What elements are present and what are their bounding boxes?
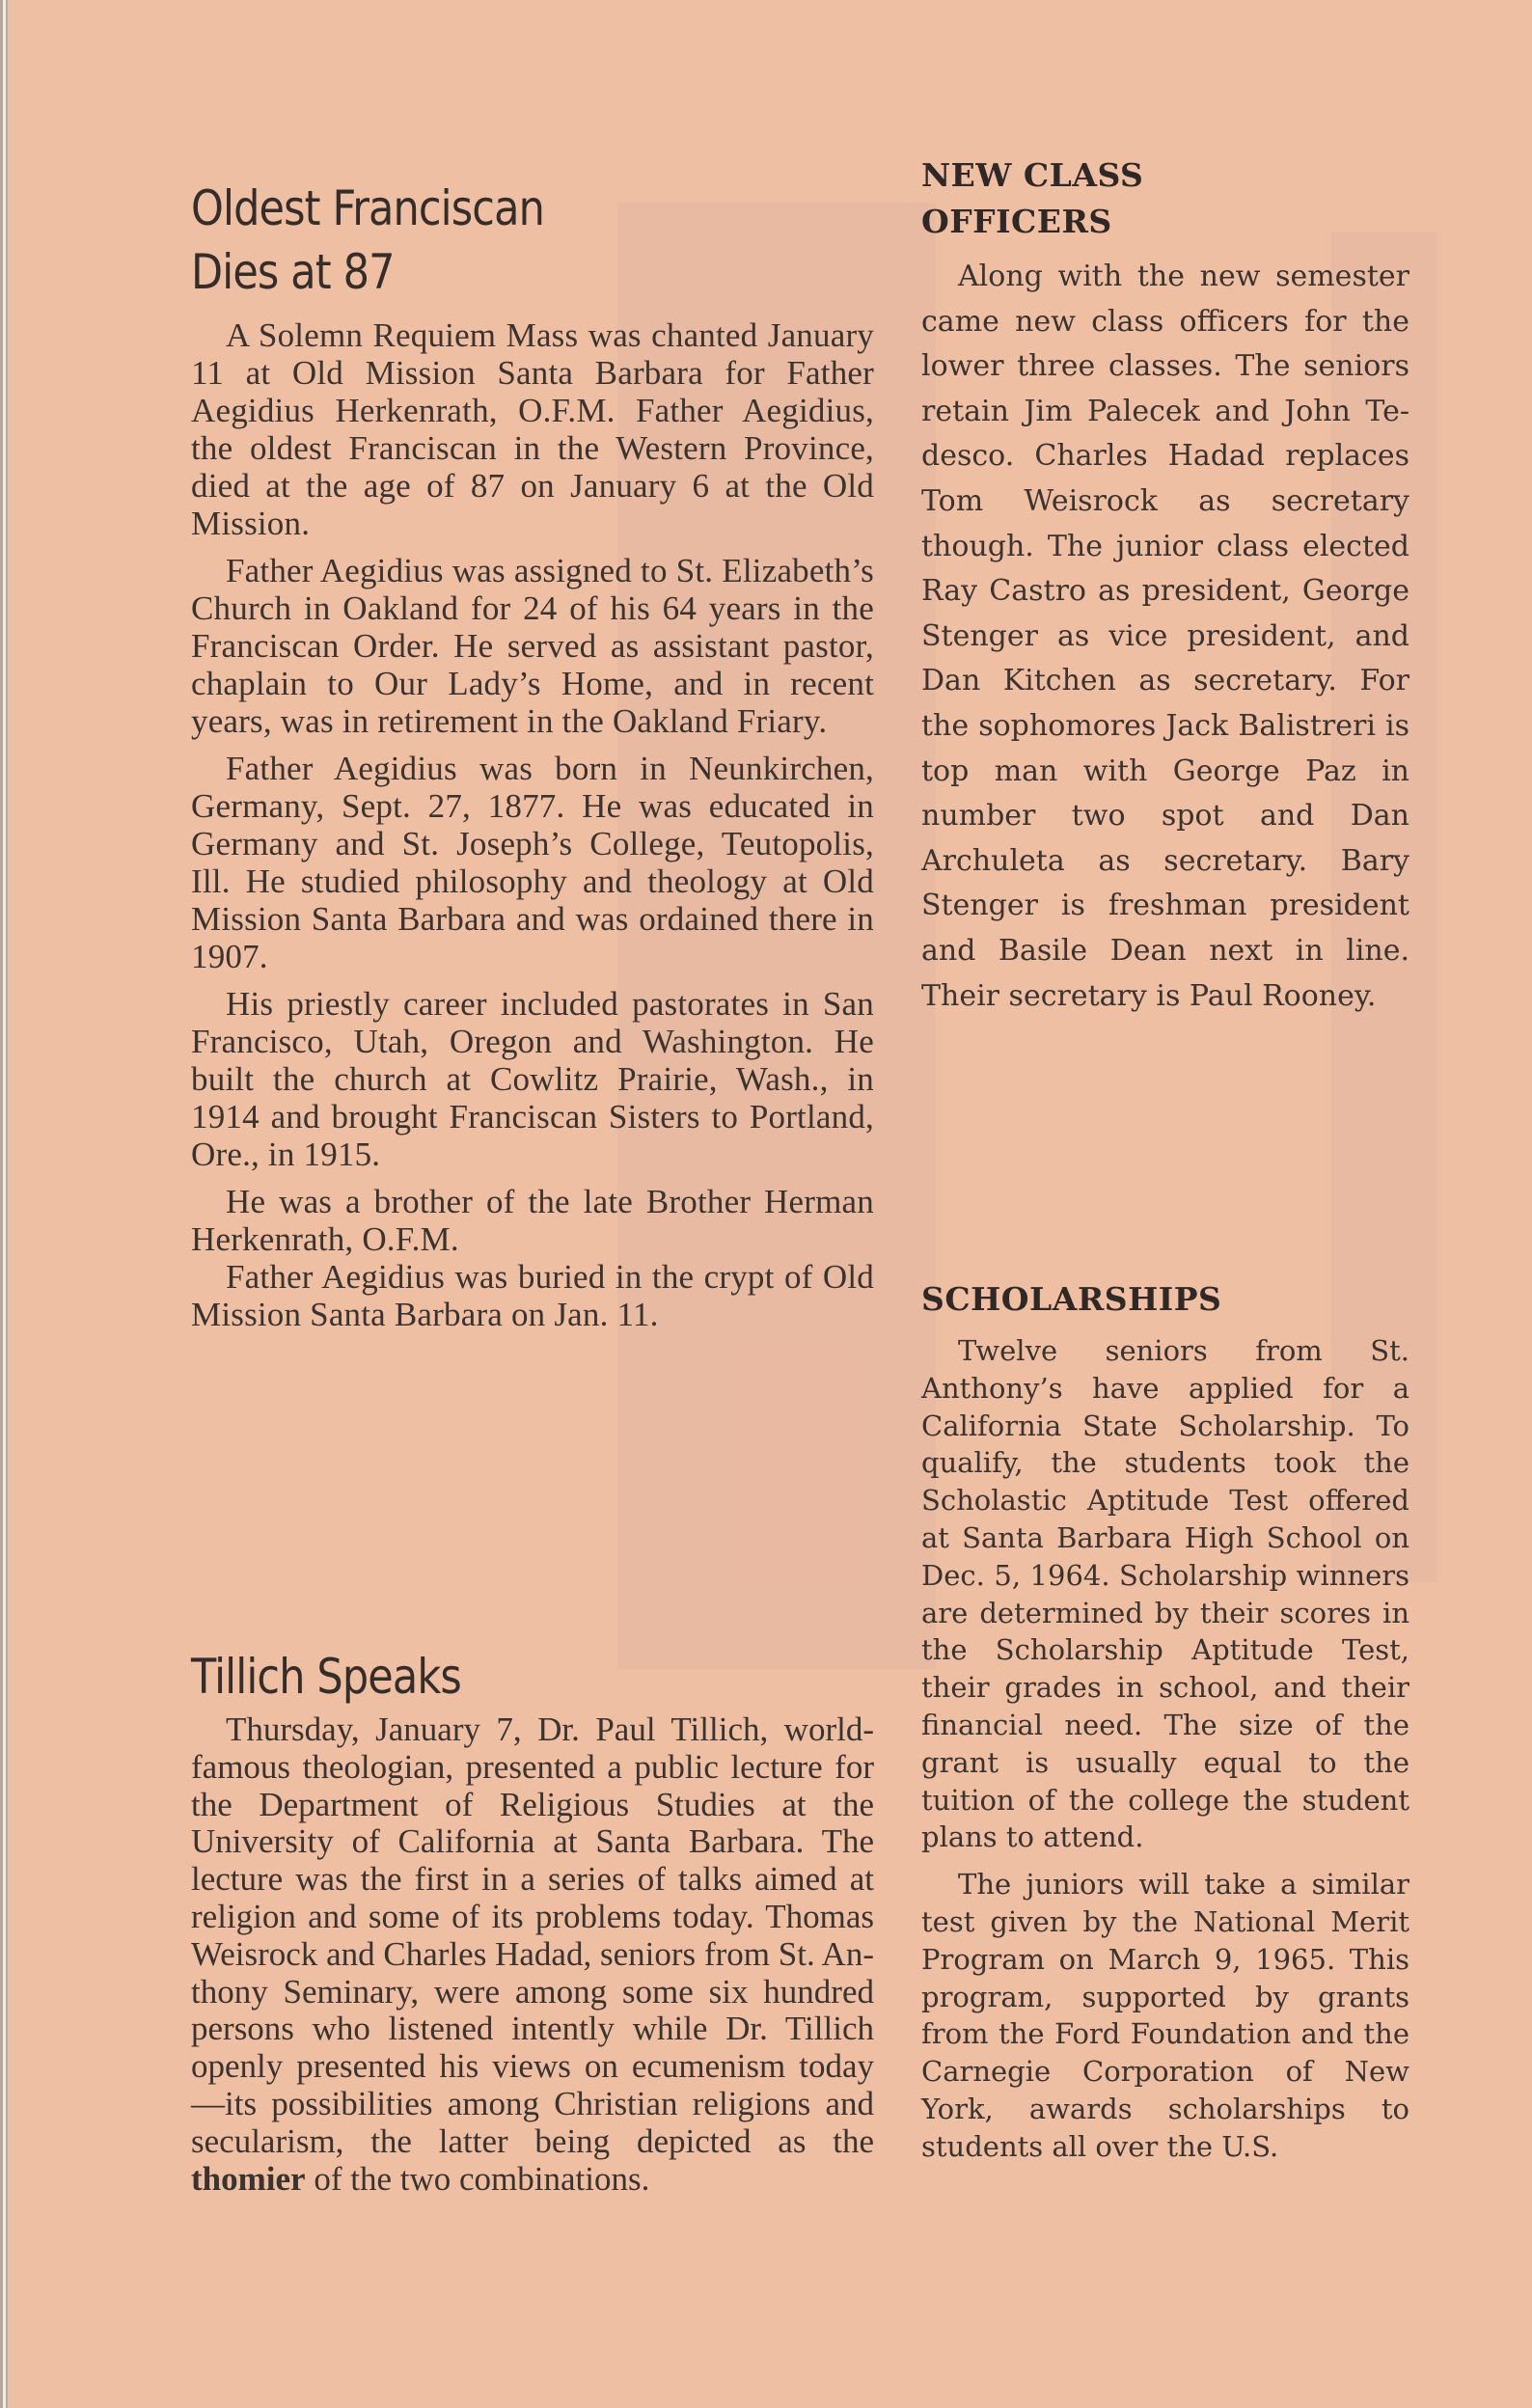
page-binding-edge bbox=[0, 0, 12, 2408]
article-body: A Solemn Requiem Mass was chanted Januar… bbox=[191, 316, 874, 1343]
headline-new-class-officers: NEW CLASS OFFICERS bbox=[921, 152, 1143, 245]
bold-word: thomier bbox=[191, 2160, 306, 2198]
paragraph: Twelve seniors from St. Anthony’s have a… bbox=[921, 1332, 1409, 1856]
paragraph: His priestly career included pastor­ates… bbox=[191, 985, 874, 1173]
article-body: Along with the new se­mester came new cl… bbox=[921, 255, 1409, 1028]
paragraph: Father Aegidius was born in Neun­kirchen… bbox=[191, 750, 874, 975]
headline-line: Dies at 87 bbox=[191, 240, 544, 304]
paragraph: Thursday, January 7, Dr. Paul Tillich, w… bbox=[191, 1711, 874, 2198]
text-run: of the two combinations. bbox=[306, 2160, 650, 2198]
headline-line: OFFICERS bbox=[921, 199, 1143, 245]
headline-line: NEW CLASS bbox=[921, 152, 1143, 199]
headline-scholarships: SCHOLARSHIPS bbox=[921, 1276, 1221, 1323]
article-body: Thursday, January 7, Dr. Paul Tillich, w… bbox=[191, 1711, 874, 2207]
headline-tillich-speaks: Tillich Speaks bbox=[191, 1645, 461, 1709]
headline-oldest-franciscan: Oldest Franciscan Dies at 87 bbox=[191, 177, 544, 304]
paragraph: A Solemn Requiem Mass was chanted Januar… bbox=[191, 316, 874, 542]
text-run: Thursday, January 7, Dr. Paul Tillich, w… bbox=[191, 1710, 874, 2160]
article-body: Twelve seniors from St. Anthony’s have a… bbox=[921, 1332, 1409, 2175]
headline-line: Oldest Franciscan bbox=[191, 177, 544, 240]
paragraph: Father Aegidius was buried in the crypt … bbox=[191, 1258, 874, 1333]
paragraph: Father Aegidius was assigned to St. Eliz… bbox=[191, 552, 874, 740]
paragraph: He was a brother of the late Brother Her… bbox=[191, 1183, 874, 1258]
paragraph: Along with the new se­mester came new cl… bbox=[921, 255, 1409, 1019]
paragraph: The juniors will take a similar test giv… bbox=[921, 1866, 1409, 2165]
